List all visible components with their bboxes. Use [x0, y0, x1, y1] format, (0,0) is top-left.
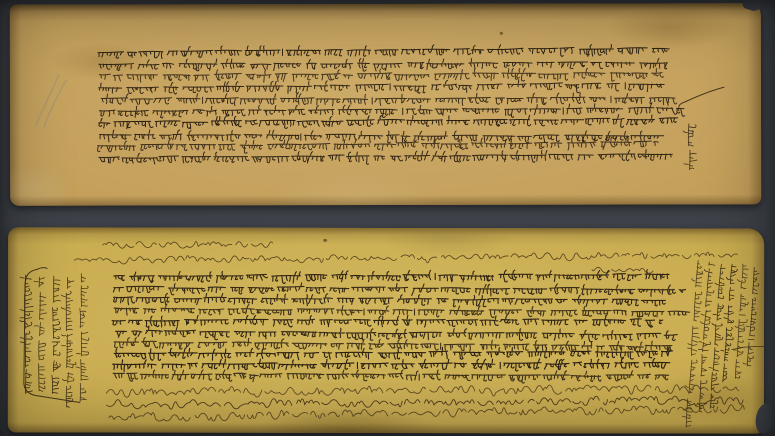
- top-leaf-edge-notch: [741, 0, 762, 13]
- header-annotation-line-2: [72, 248, 760, 266]
- top-right-margin-note: [684, 115, 699, 173]
- ink-speck: [500, 32, 503, 35]
- top-manuscript-leaf: [10, 3, 761, 206]
- pencil-mark: [22, 67, 77, 132]
- margin-dash-mark: [730, 339, 766, 351]
- left-margin-notes: [20, 269, 90, 407]
- ink-speck: [323, 239, 327, 242]
- bottom-leaf-edge-tear: [754, 403, 775, 435]
- manuscript-photo: [0, 0, 775, 436]
- header-annotation-line-1: [98, 236, 280, 250]
- footer-annotation-lines: [102, 380, 756, 424]
- bottom-manuscript-leaf: [8, 227, 764, 433]
- top-main-text: [95, 47, 687, 164]
- bottom-main-text: [110, 272, 692, 383]
- flourish-mark: [660, 83, 726, 111]
